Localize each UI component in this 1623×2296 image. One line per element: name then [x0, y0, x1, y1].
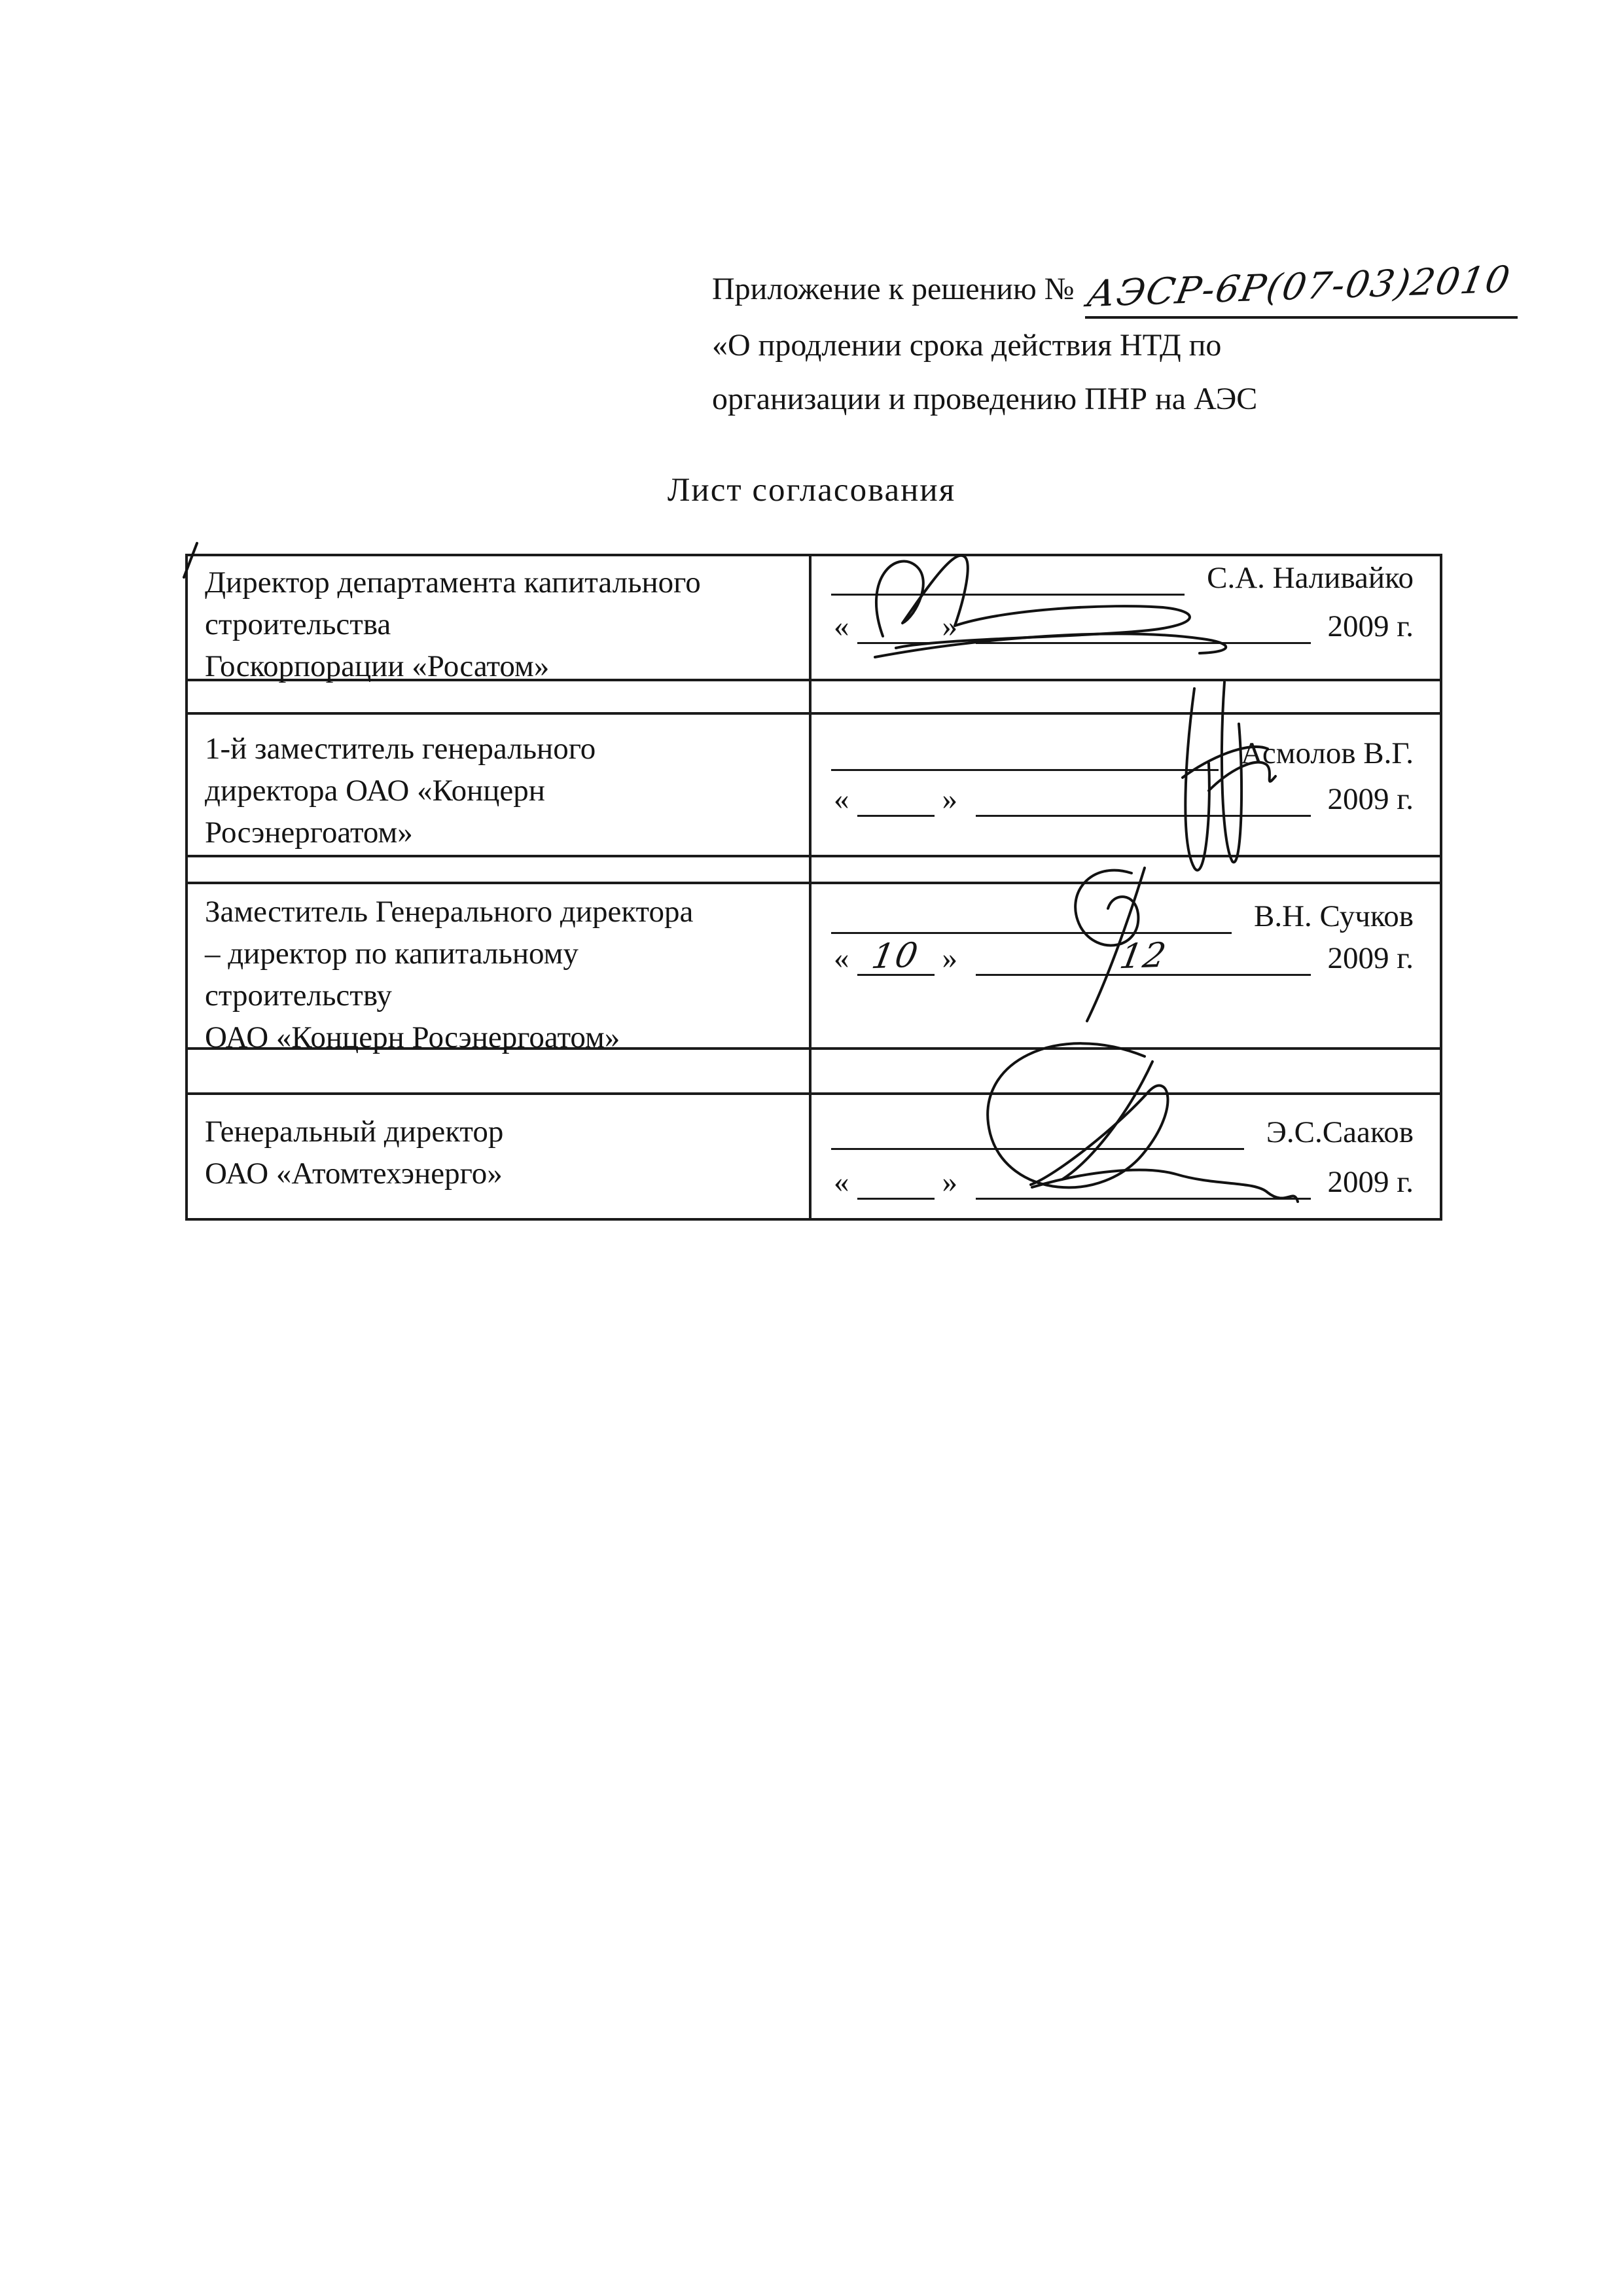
quote-open: «: [831, 781, 852, 817]
signature-line: С.А. Наливайко: [831, 558, 1414, 596]
table-row: Заместитель Генерального директора – дир…: [188, 884, 1440, 1050]
date-line: « » 2009 г.: [831, 1162, 1414, 1200]
signature-rule: [831, 1148, 1244, 1150]
date-line: « » 2009 г.: [831, 606, 1414, 644]
signature-rule: [831, 932, 1232, 934]
signature-rule: [831, 769, 1219, 771]
year-label: 2009 г.: [1328, 781, 1414, 817]
position-cell: 1-й заместитель генерального директора О…: [188, 715, 811, 855]
signature-cell: В.Н. Сучков « 10 » 12 2009 г.: [811, 884, 1440, 1047]
spacer-row: [188, 857, 1440, 884]
spacer-right: [811, 681, 1440, 712]
quote-close: »: [940, 1164, 961, 1200]
position-cell: Заместитель Генерального директора – дир…: [188, 884, 811, 1047]
signer-name: Асмолов В.Г.: [1241, 736, 1414, 771]
header-line-2: «О продлении срока действия НТД по: [712, 319, 1518, 372]
month-field: [976, 606, 1311, 644]
month-field: [976, 1162, 1311, 1200]
table-row: Директор департамента капитального строи…: [188, 556, 1440, 681]
day-field: [857, 779, 935, 817]
signature-cell: С.А. Наливайко « » 2009 г.: [811, 556, 1440, 679]
header-prefix: Приложение к решению №: [712, 262, 1075, 316]
signature-line: Э.С.Сааков: [831, 1112, 1414, 1150]
decision-number-field: АЭСР-6Р(07-03)2010: [1085, 260, 1518, 319]
day-field: [857, 606, 935, 644]
quote-close: »: [940, 781, 961, 817]
table-row: Генеральный директор ОАО «Атомтехэнерго»…: [188, 1095, 1440, 1218]
spacer-row: [188, 681, 1440, 715]
signature-rule: [831, 594, 1185, 596]
approval-table: Директор департамента капитального строи…: [185, 554, 1442, 1221]
position-cell: Генеральный директор ОАО «Атомтехэнерго»: [188, 1095, 811, 1218]
spacer-left: [188, 1050, 811, 1092]
table-row: 1-й заместитель генерального директора О…: [188, 715, 1440, 857]
scanned-approval-sheet: Приложение к решению № АЭСР-6Р(07-03)201…: [0, 0, 1623, 2296]
position-cell: Директор департамента капитального строи…: [188, 556, 811, 679]
signature-cell: Асмолов В.Г. « » 2009 г.: [811, 715, 1440, 855]
date-line: « » 2009 г.: [831, 779, 1414, 817]
day-field: 10: [857, 938, 935, 976]
year-label: 2009 г.: [1328, 609, 1414, 644]
month-field: [976, 779, 1311, 817]
header-line-3: организации и проведению ПНР на АЭС: [712, 372, 1518, 426]
signer-name: В.Н. Сучков: [1254, 899, 1414, 934]
signature-line: В.Н. Сучков: [831, 896, 1414, 934]
quote-close: »: [940, 609, 961, 644]
spacer-right: [811, 1050, 1440, 1092]
signer-name: С.А. Наливайко: [1207, 560, 1414, 596]
spacer-left: [188, 857, 811, 882]
spacer-right: [811, 857, 1440, 882]
spacer-row: [188, 1050, 1440, 1095]
header-line-1: Приложение к решению № АЭСР-6Р(07-03)201…: [712, 260, 1518, 319]
signature-cell: Э.С.Сааков « » 2009 г.: [811, 1095, 1440, 1218]
document-header: Приложение к решению № АЭСР-6Р(07-03)201…: [712, 260, 1518, 426]
day-field: [857, 1162, 935, 1200]
quote-open: «: [831, 941, 852, 976]
signature-line: Асмолов В.Г.: [831, 733, 1414, 771]
month-field: 12: [976, 938, 1311, 976]
quote-open: «: [831, 609, 852, 644]
signer-name: Э.С.Сааков: [1266, 1115, 1414, 1150]
page-title: Лист согласования: [0, 471, 1623, 509]
quote-open: «: [831, 1164, 852, 1200]
date-line: « 10 » 12 2009 г.: [831, 938, 1414, 976]
year-label: 2009 г.: [1328, 941, 1414, 976]
year-label: 2009 г.: [1328, 1164, 1414, 1200]
spacer-left: [188, 681, 811, 712]
quote-close: »: [940, 941, 961, 976]
decision-number-handwritten: АЭСР-6Р(07-03)2010: [1082, 253, 1515, 321]
